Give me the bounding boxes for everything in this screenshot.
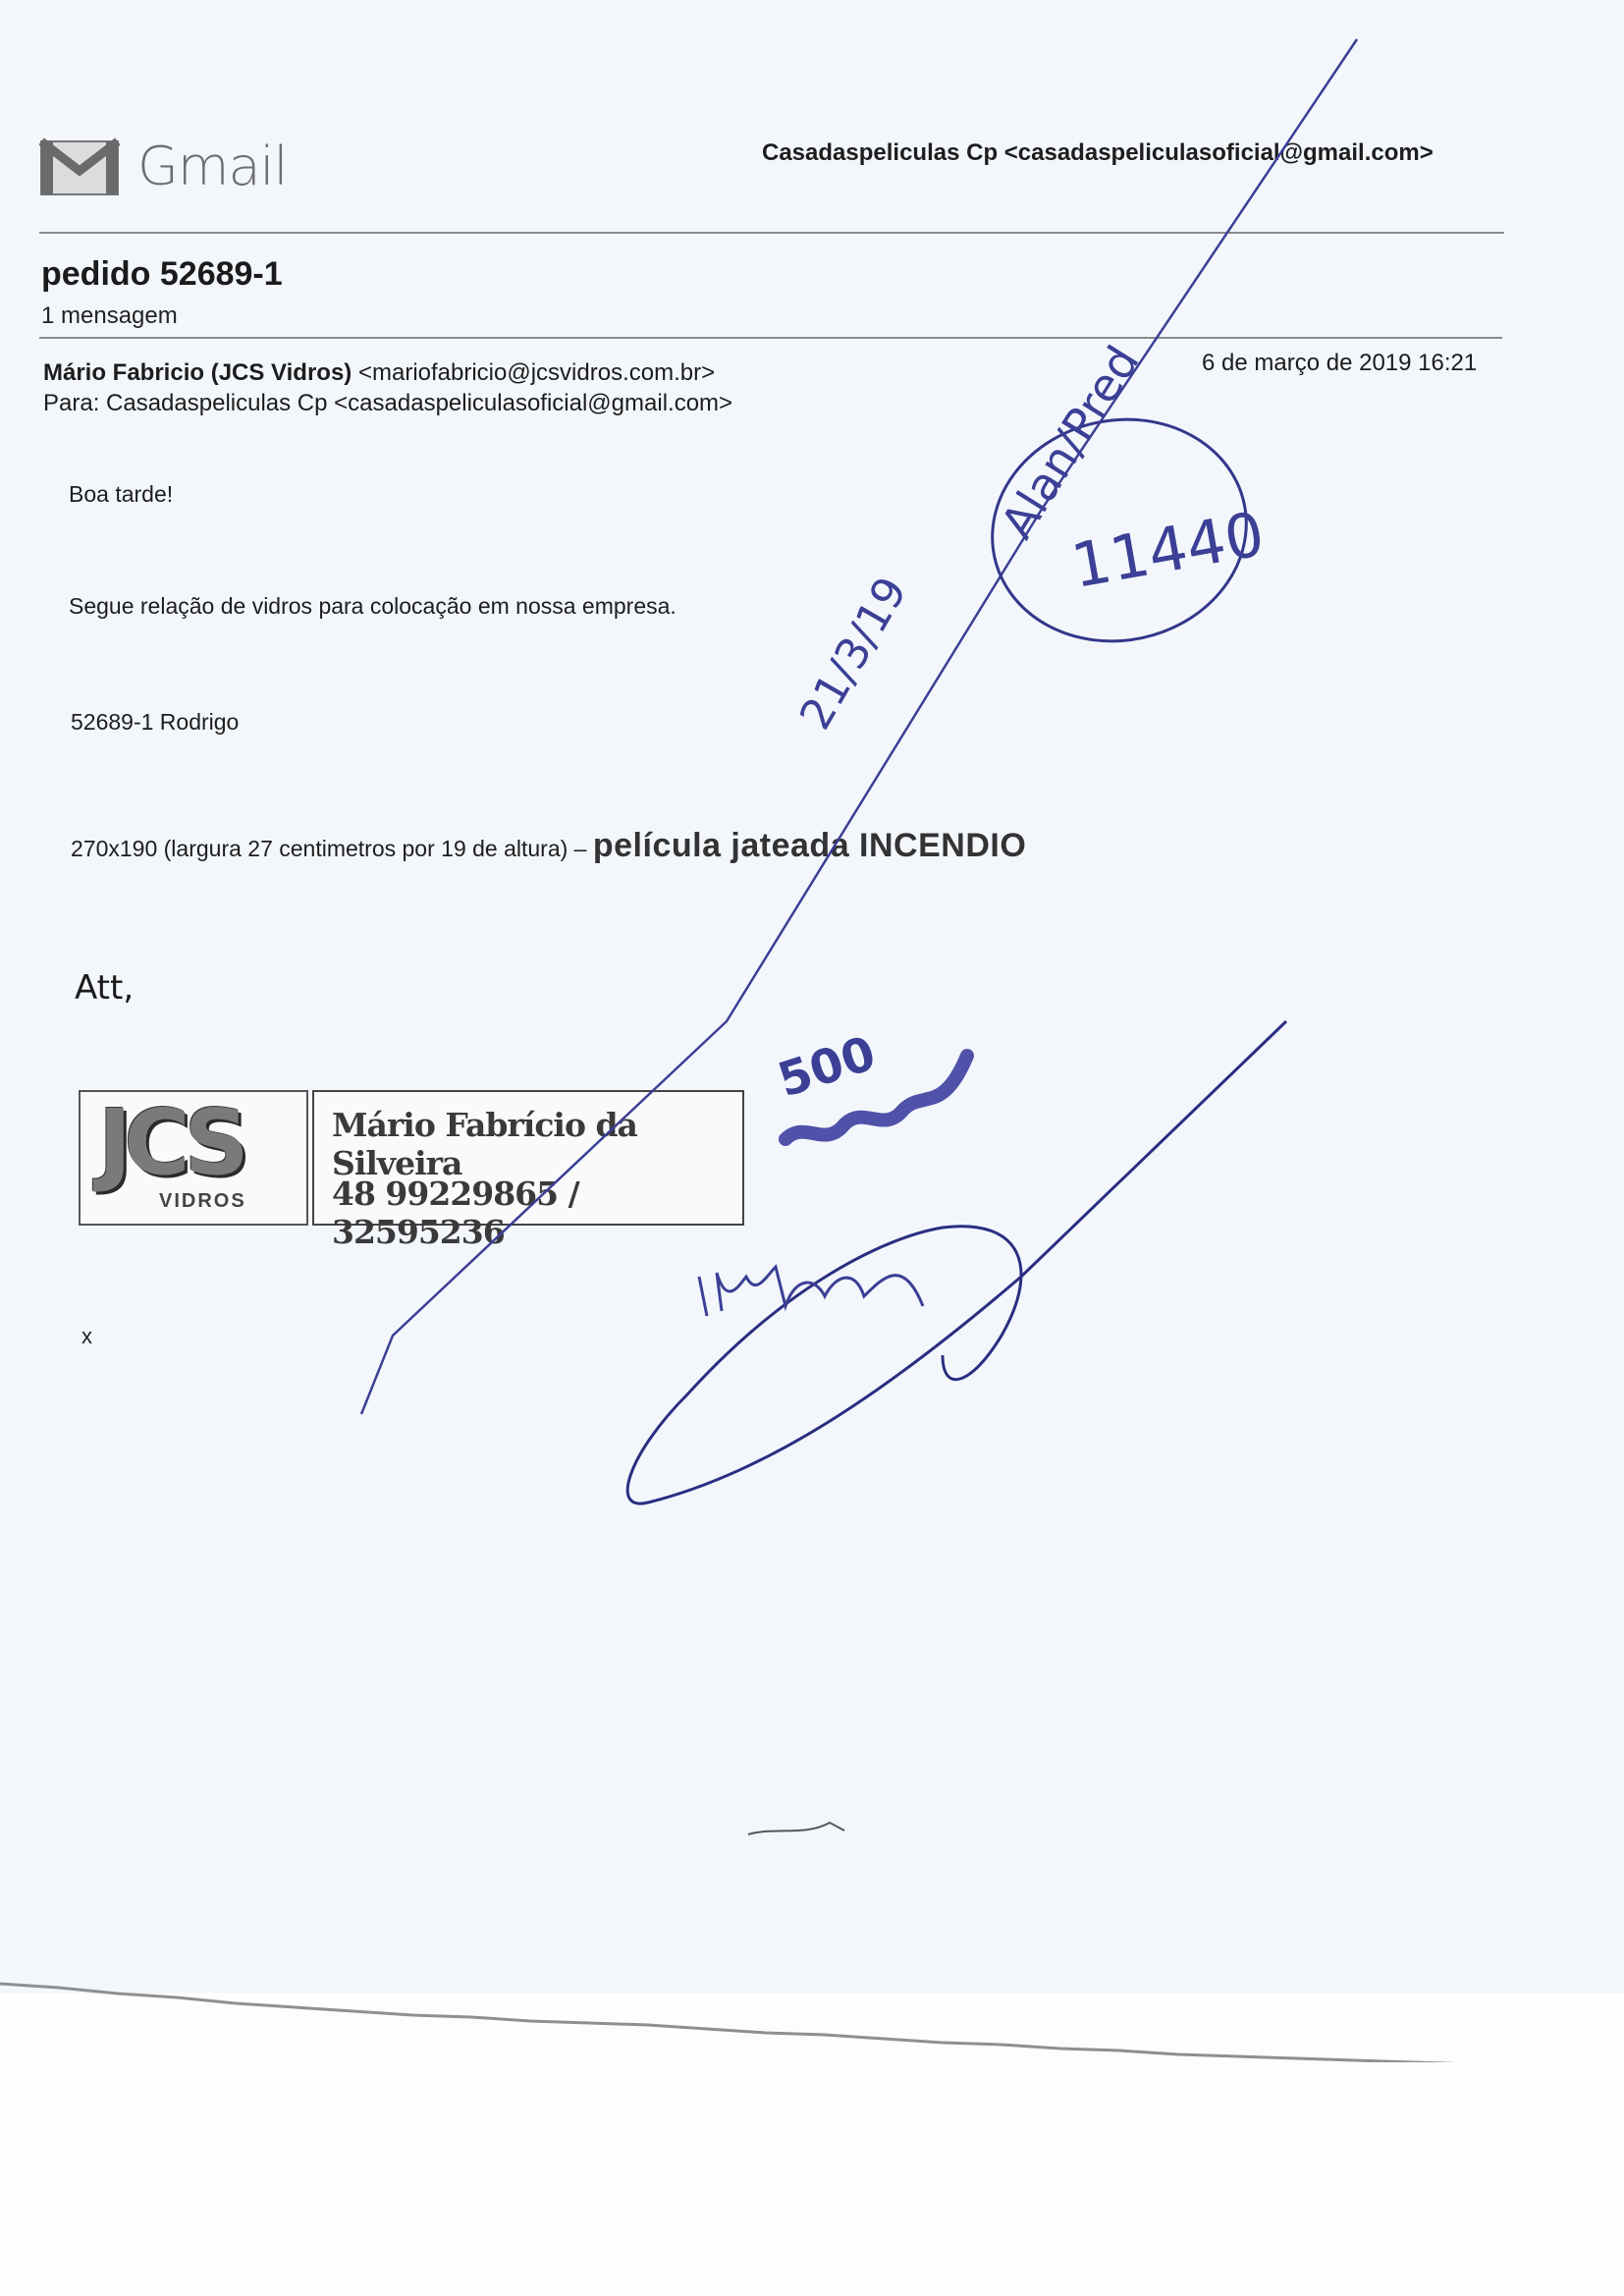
signature-phones: 48 99229865 / 32595236 — [332, 1175, 742, 1251]
thread-divider — [39, 337, 1502, 339]
paper-torn-edge — [0, 1964, 1624, 2062]
sender-name: Mário Fabricio (JCS Vidros) — [43, 359, 352, 386]
sender-email: <mariofabricio@jcsvidros.com.br> — [358, 359, 715, 386]
body-closing: Att, — [75, 968, 134, 1008]
signature-info: Mário Fabrício da Silveira 48 99229865 /… — [312, 1090, 744, 1226]
gmail-wordmark: Gmail — [137, 136, 288, 197]
company-logo-sub: VIDROS — [159, 1190, 246, 1213]
gmail-logo: Gmail — [39, 136, 288, 197]
message-count: 1 mensagem — [41, 302, 178, 330]
footer-mark: x — [81, 1324, 92, 1349]
body-spec: 270x190 (largura 27 centimetros por 19 d… — [71, 827, 1026, 865]
body-order-ref: 52689-1 Rodrigo — [71, 709, 239, 736]
sender-line: Mário Fabricio (JCS Vidros) <mariofabric… — [43, 359, 715, 387]
body-intro: Segue relação de vidros para colocação e… — [69, 593, 677, 620]
thread-subject: pedido 52689-1 — [41, 255, 283, 294]
company-logo: JCS VIDROS — [79, 1090, 308, 1226]
signature-card: JCS VIDROS Mário Fabrício da Silveira 48… — [79, 1090, 744, 1226]
company-logo-letters: JCS — [98, 1098, 242, 1188]
spec-product: película jateada INCENDIO — [593, 827, 1026, 864]
recipient-line: Para: Casadaspeliculas Cp <casadaspelicu… — [43, 390, 732, 417]
gmail-m-icon — [39, 137, 120, 196]
message-date: 6 de março de 2019 16:21 — [1202, 350, 1477, 377]
body-greeting: Boa tarde! — [69, 481, 173, 508]
spec-dimensions: 270x190 (largura 27 centimetros por 19 d… — [71, 836, 593, 861]
header-divider — [39, 232, 1504, 234]
scanned-paper — [0, 0, 1624, 1994]
account-email: Casadaspeliculas Cp <casadaspeliculasofi… — [762, 139, 1434, 167]
signature-name: Mário Fabrício da Silveira — [332, 1106, 742, 1182]
